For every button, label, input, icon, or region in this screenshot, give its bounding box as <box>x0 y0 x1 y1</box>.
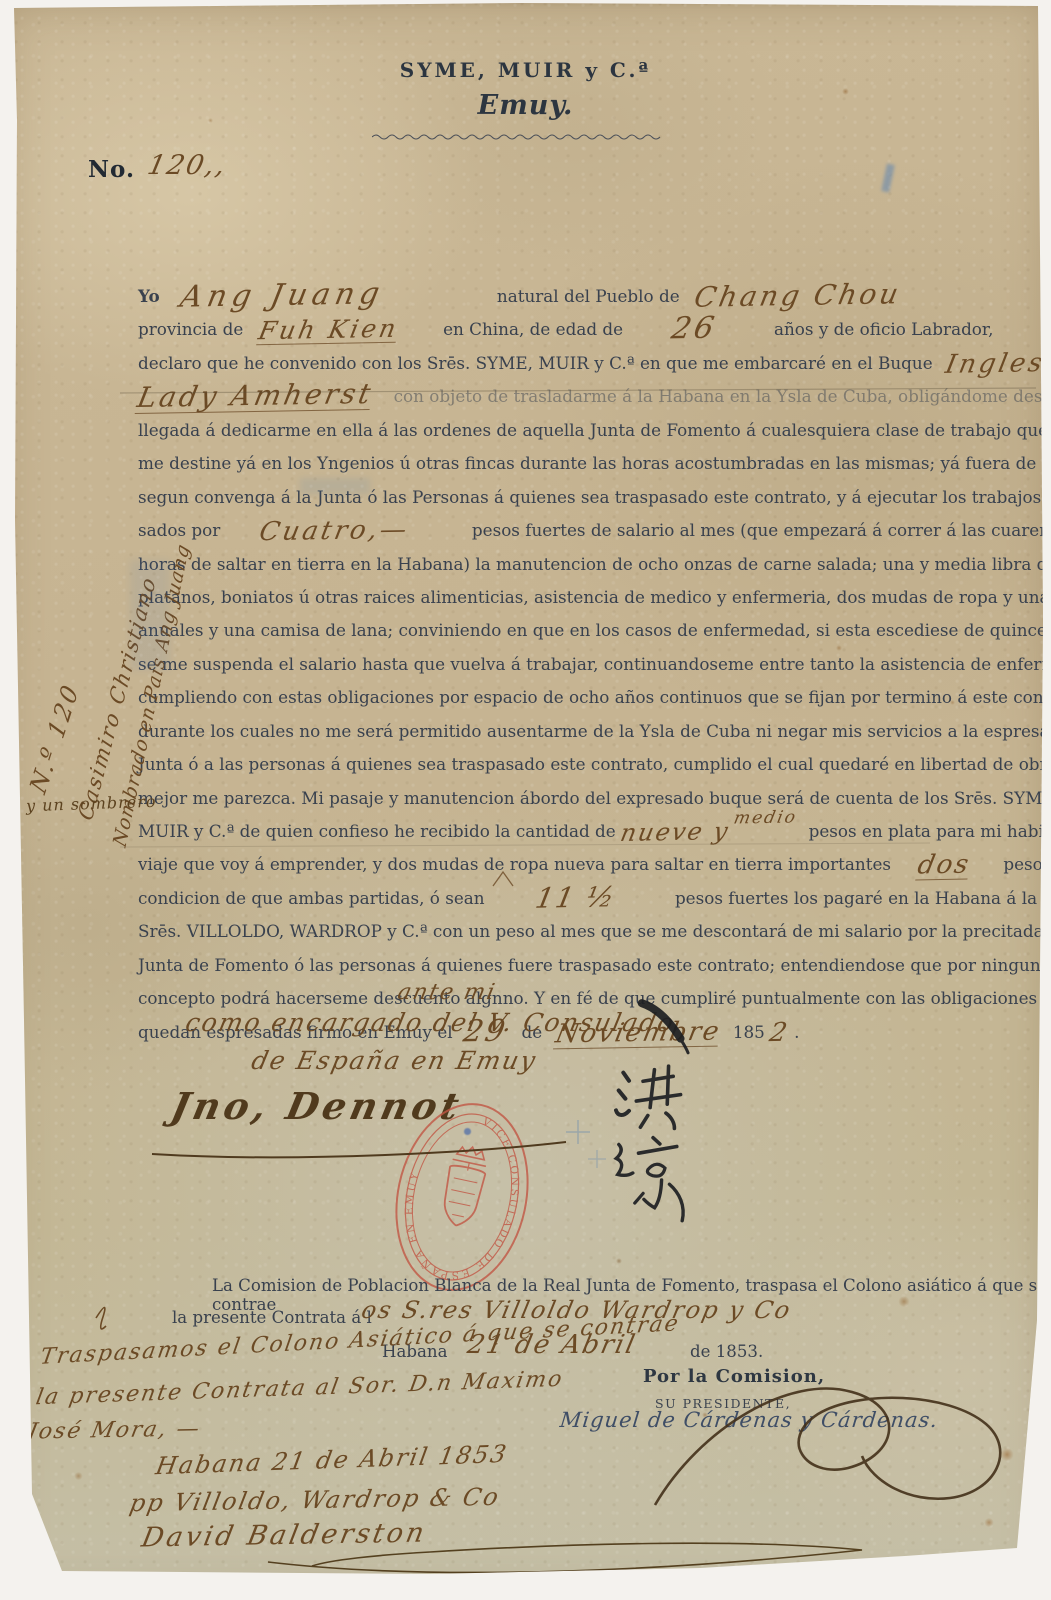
printed-text: me destine yá en los Yngenios ú otras fi… <box>138 453 1051 473</box>
registration-cross <box>566 1120 590 1144</box>
printed-text: declaro que he convenido con los Srēs. S… <box>138 353 933 373</box>
printed-text: Yo <box>138 286 160 306</box>
contract-line: horas de saltar en tierra en la Habana) … <box>138 548 922 581</box>
contract-line: MUIR y C.ª de quien confieso he recibido… <box>138 815 922 848</box>
printed-text: platanos, boniatos ú otras raices alimen… <box>138 587 1051 607</box>
handwritten-text: nueve y <box>619 819 732 845</box>
endorsement-line: José Mora, — <box>26 1416 204 1444</box>
handwritten-text: Lady Amherst <box>135 380 376 414</box>
letterhead-company: SYME, MUIR y C.ª <box>0 58 1051 82</box>
printed-text: pesos en plata para mi habilitacion al <box>809 821 1051 841</box>
handwritten-text: Chang Chou <box>692 280 904 312</box>
endorsement-line: Habana 21 de Abril 1853 <box>154 1440 511 1480</box>
printed-text: Srēs. VILLOLDO, WARDROP y C.ª con un pes… <box>138 921 1044 941</box>
registration-cross <box>588 1150 606 1168</box>
transfer-year: de 1853. <box>690 1342 763 1361</box>
contract-line: condicion de que ambas partidas, ó sean … <box>138 882 922 915</box>
contract-body: Yo Ang Juang natural del Pueblo de Chang… <box>138 280 922 1049</box>
contract-line: mejor me parezca. Mi pasaje y manutencio… <box>138 782 922 815</box>
contract-line: declaro que he convenido con los Srēs. S… <box>138 347 922 380</box>
handwritten-text: 11 ½ <box>533 883 618 912</box>
printed-text: cumpliendo con estas obligaciones por es… <box>138 687 1051 707</box>
printed-text: natural del Pueblo de <box>497 286 680 306</box>
printed-text: . <box>794 1022 799 1042</box>
contract-line: Junta de Fomento ó las personas á quiene… <box>138 949 922 982</box>
attestation-line-2: como encargado del V. Consulado <box>183 1008 678 1037</box>
printed-text: pesos fuertes los pagaré en la Habana á … <box>675 888 1051 908</box>
stain <box>984 1518 994 1527</box>
commission-label: Por la Comision, <box>643 1366 825 1387</box>
handwritten-text: Cuatro,— <box>257 517 412 546</box>
contract-line: me destine yá en los Yngenios ú otras fi… <box>138 447 922 480</box>
contract-line: llegada á dedicarme en ella á las ordene… <box>138 414 922 447</box>
printed-text: anuales y una camisa de lana; conviniend… <box>138 620 1051 640</box>
printed-text: años y de oficio Labrador, <box>774 319 993 339</box>
printed-text: segun convenga á la Junta ó las Personas… <box>138 487 1051 507</box>
printed-text: MUIR y C.ª de quien confieso he recibido… <box>138 821 616 841</box>
endorsement-signature-firm: pp Villoldo, Wardrop & Co <box>127 1483 502 1518</box>
scanned-contract-document: SYME, MUIR y C.ª Emuy. No. 120,, Yo Ang … <box>0 0 1051 1600</box>
contract-line: Srēs. VILLOLDO, WARDROP y C.ª con un pes… <box>138 915 922 948</box>
contract-line: se me suspenda el salario hasta que vuel… <box>138 648 922 681</box>
wavy-divider <box>372 132 662 142</box>
ink-bleed-mark <box>881 163 895 192</box>
pen-flourish <box>96 1307 106 1328</box>
printed-text: llegada á dedicarme en ella á las ordene… <box>138 420 1051 440</box>
contract-line: Junta ó a las personas á quienes sea tra… <box>138 748 922 781</box>
handwritten-text: Fuh Kien <box>256 316 401 345</box>
handwritten-text: medio <box>733 809 799 827</box>
handwritten-text: dos <box>916 852 973 881</box>
printed-text: pesos fuertes de salario al mes (que emp… <box>472 520 1051 540</box>
contract-line: cumpliendo con estas obligaciones por es… <box>138 681 922 714</box>
contract-line: viaje que voy á emprender, y dos mudas d… <box>138 848 922 881</box>
handwritten-text: 2 <box>768 1019 792 1045</box>
endorsement-line: la presente Contrata al Sor. D.n Maximo <box>34 1367 566 1411</box>
printed-text: Junta ó a las personas á quienes sea tra… <box>138 754 1051 774</box>
printed-text: se me suspenda el salario hasta que vuel… <box>138 654 1051 674</box>
contract-line: segun convenga á la Junta ó las Personas… <box>138 481 922 514</box>
printed-text: horas de saltar en tierra en la Habana) … <box>138 554 1051 574</box>
printed-text: Junta de Fomento ó las personas á quiene… <box>138 955 1051 975</box>
attestation-line-3: de España en Emuy <box>249 1046 540 1075</box>
paper-sheet: SYME, MUIR y C.ª Emuy. No. 120,, Yo Ang … <box>0 0 1051 1600</box>
transfer-line-2-printed: la presente Contrata á l <box>172 1308 372 1327</box>
handwritten-text: Ingles <box>943 350 1047 378</box>
endorsement-signature-person: David Balderston <box>139 1517 430 1553</box>
contract-line: platanos, boniatos ú otras raices alimen… <box>138 581 922 614</box>
stain <box>1000 1448 1014 1461</box>
chinese-signature <box>604 984 723 1238</box>
printed-text: sados por <box>138 520 220 540</box>
handwritten-text: 26 <box>669 314 719 345</box>
document-number-value: 120,, <box>145 150 230 181</box>
printed-text: con objeto de trasladarme á la Habana en… <box>394 386 1051 406</box>
printed-text: en China, de edad de <box>443 319 623 339</box>
letterhead-place: Emuy. <box>0 90 1051 121</box>
contract-line: Yo Ang Juang natural del Pueblo de Chang… <box>138 280 922 313</box>
printed-text: durante los cuales no me será permitido … <box>138 721 1051 741</box>
contract-line: provincia de Fuh Kien en China, de edad … <box>138 313 922 346</box>
stain <box>616 1258 622 1264</box>
printed-text: 185 <box>733 1022 765 1042</box>
printed-text: provincia de <box>138 319 243 339</box>
contract-line: durante los cuales no me será permitido … <box>138 715 922 748</box>
crown-icon <box>457 1144 486 1160</box>
printed-text: mejor me parezca. Mi pasaje y manutencio… <box>138 788 1051 808</box>
document-number-label: No. <box>88 156 135 183</box>
president-name: Miguel de Cárdenas y Cárdenas. <box>559 1408 940 1432</box>
printed-text: pesos; á <box>1003 854 1051 874</box>
shield-icon <box>438 1164 485 1229</box>
printed-text: condicion de que ambas partidas, ó sean <box>138 888 485 908</box>
printed-text: viaje que voy á emprender, y dos mudas d… <box>138 854 891 874</box>
stain <box>74 1472 83 1480</box>
contract-line: Lady Amherst con objeto de trasladarme á… <box>138 380 922 413</box>
contract-line: sados por Cuatro,— pesos fuertes de sala… <box>138 514 922 547</box>
handwritten-text: Ang Juang <box>178 279 387 313</box>
attestation-line-1: ante mi <box>395 980 498 1005</box>
contract-line: anuales y una camisa de lana; conviniend… <box>138 614 922 647</box>
printed-text: concepto podrá hacerseme descuento algnn… <box>138 988 1051 1008</box>
margin-number: N.º 120 <box>25 678 85 798</box>
